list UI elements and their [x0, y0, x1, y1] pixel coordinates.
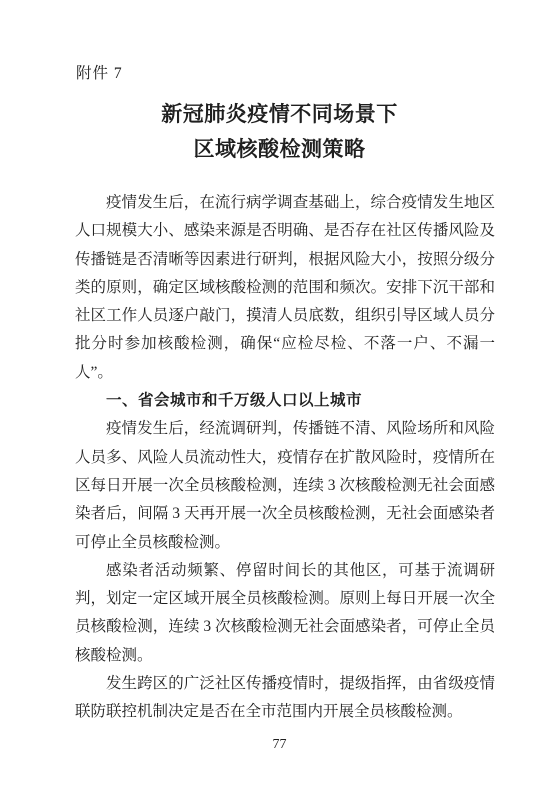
page-number: 77	[0, 736, 559, 754]
document-page: 附件 7 新冠肺炎疫情不同场景下 区域核酸检测策略 疫情发生后，在流行病学调查基…	[0, 0, 559, 793]
section-1-paragraph-1: 疫情发生后，经流调研判，传播链不清、风险场所和风险人员多、风险人员流动性大，疫情…	[75, 415, 495, 556]
document-title: 新冠肺炎疫情不同场景下 区域核酸检测策略	[0, 97, 559, 167]
document-title-line-1: 新冠肺炎疫情不同场景下	[0, 97, 559, 132]
document-title-line-2: 区域核酸检测策略	[0, 132, 559, 167]
section-1-heading: 一、省会城市和千万级人口以上城市	[75, 387, 495, 415]
section-1-paragraph-3: 发生跨区的广泛社区传播疫情时，提级指挥，由省级疫情联防联控机制决定是否在全市范围…	[75, 670, 495, 727]
document-body: 疫情发生后，在流行病学调查基础上，综合疫情发生地区人口规模大小、感染来源是否明确…	[75, 189, 495, 727]
section-1-paragraph-2: 感染者活动频繁、停留时间长的其他区，可基于流调研判，划定一定区域开展全员核酸检测…	[75, 557, 495, 670]
attachment-label: 附件 7	[76, 64, 123, 84]
intro-paragraph: 疫情发生后，在流行病学调查基础上，综合疫情发生地区人口规模大小、感染来源是否明确…	[75, 189, 495, 387]
